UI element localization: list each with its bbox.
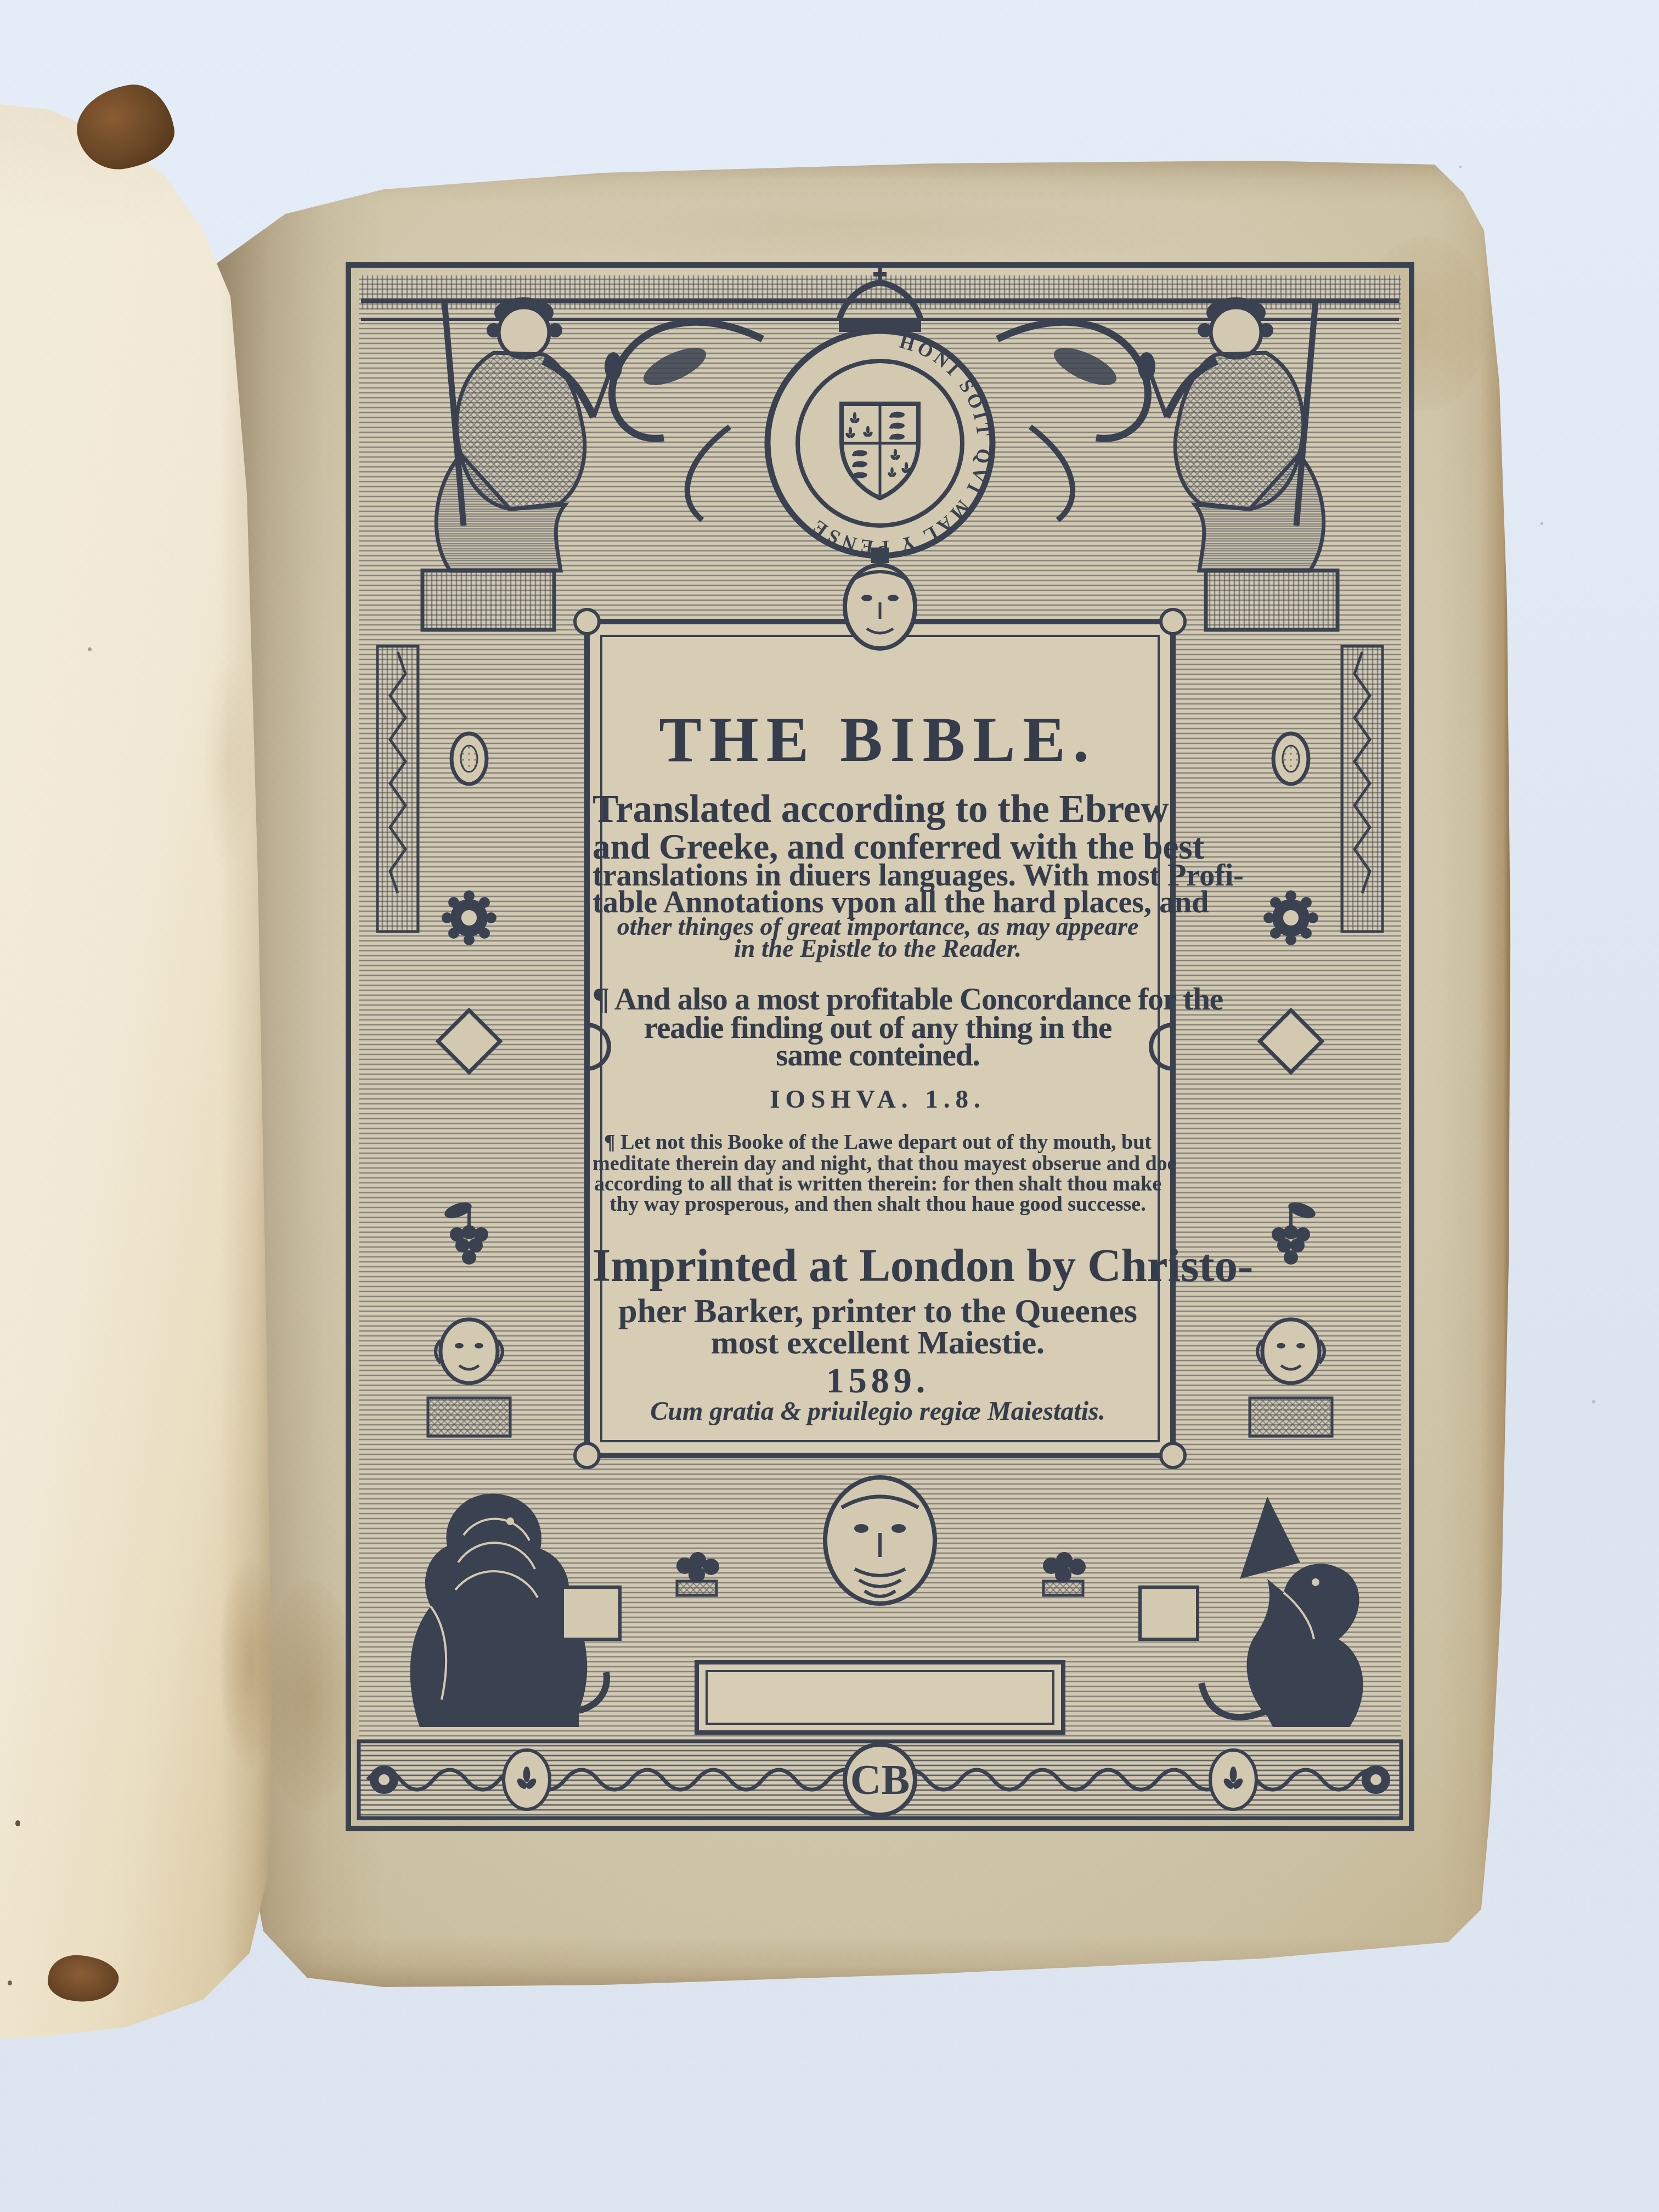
dust-speck <box>1592 1400 1595 1403</box>
concordance-line: same conteined. <box>592 1037 1163 1073</box>
browned-fore-edge <box>1437 0 1514 1997</box>
subtitle-line: in the Epistle to the Reader. <box>592 934 1163 963</box>
imprint-line: most excellent Maiestie. <box>592 1324 1163 1362</box>
page-tail-shading <box>219 1937 1514 1997</box>
strapwork-panel <box>562 1587 620 1639</box>
scripture-quote-line: ¶ Let not this Booke of the Lawe depart … <box>592 1130 1163 1154</box>
privilege-line: Cum gratia & priuilegio regiæ Maiestatis… <box>592 1396 1163 1426</box>
foxing-speck <box>88 647 92 651</box>
imprint-line: Imprinted at London by Christo- <box>592 1239 1163 1293</box>
mask-ornament-top <box>845 565 915 648</box>
subtitle-line: Translated according to the Ebrew <box>592 787 1163 832</box>
mask-ornament-bottom <box>825 1477 935 1604</box>
scripture-quote-line: thy way prosperous, and then shalt thou … <box>592 1192 1163 1216</box>
page-title: THE BIBLE. <box>592 704 1163 777</box>
bottom-strip: CB <box>359 1741 1401 1818</box>
blank-tablet <box>697 1662 1063 1733</box>
foxing-speck <box>8 1980 12 1985</box>
printer-monogram-text: CB <box>850 1756 910 1803</box>
letterpress-text-block: THE BIBLE. Translated according to the E… <box>592 704 1163 1439</box>
dust-speck <box>1459 166 1462 168</box>
photograph-of-open-book: HONI SOIT QVI MAL Y PENSE <box>0 0 1659 2212</box>
scripture-reference: IOSHVA. 1.8. <box>592 1085 1163 1114</box>
strapwork-panel <box>1140 1587 1198 1639</box>
foxing-speck <box>15 1820 20 1826</box>
imprint-year: 1589. <box>592 1360 1163 1402</box>
garter-buckle <box>871 548 889 563</box>
page-head-shading <box>208 154 1514 203</box>
dust-speck <box>1541 522 1543 525</box>
